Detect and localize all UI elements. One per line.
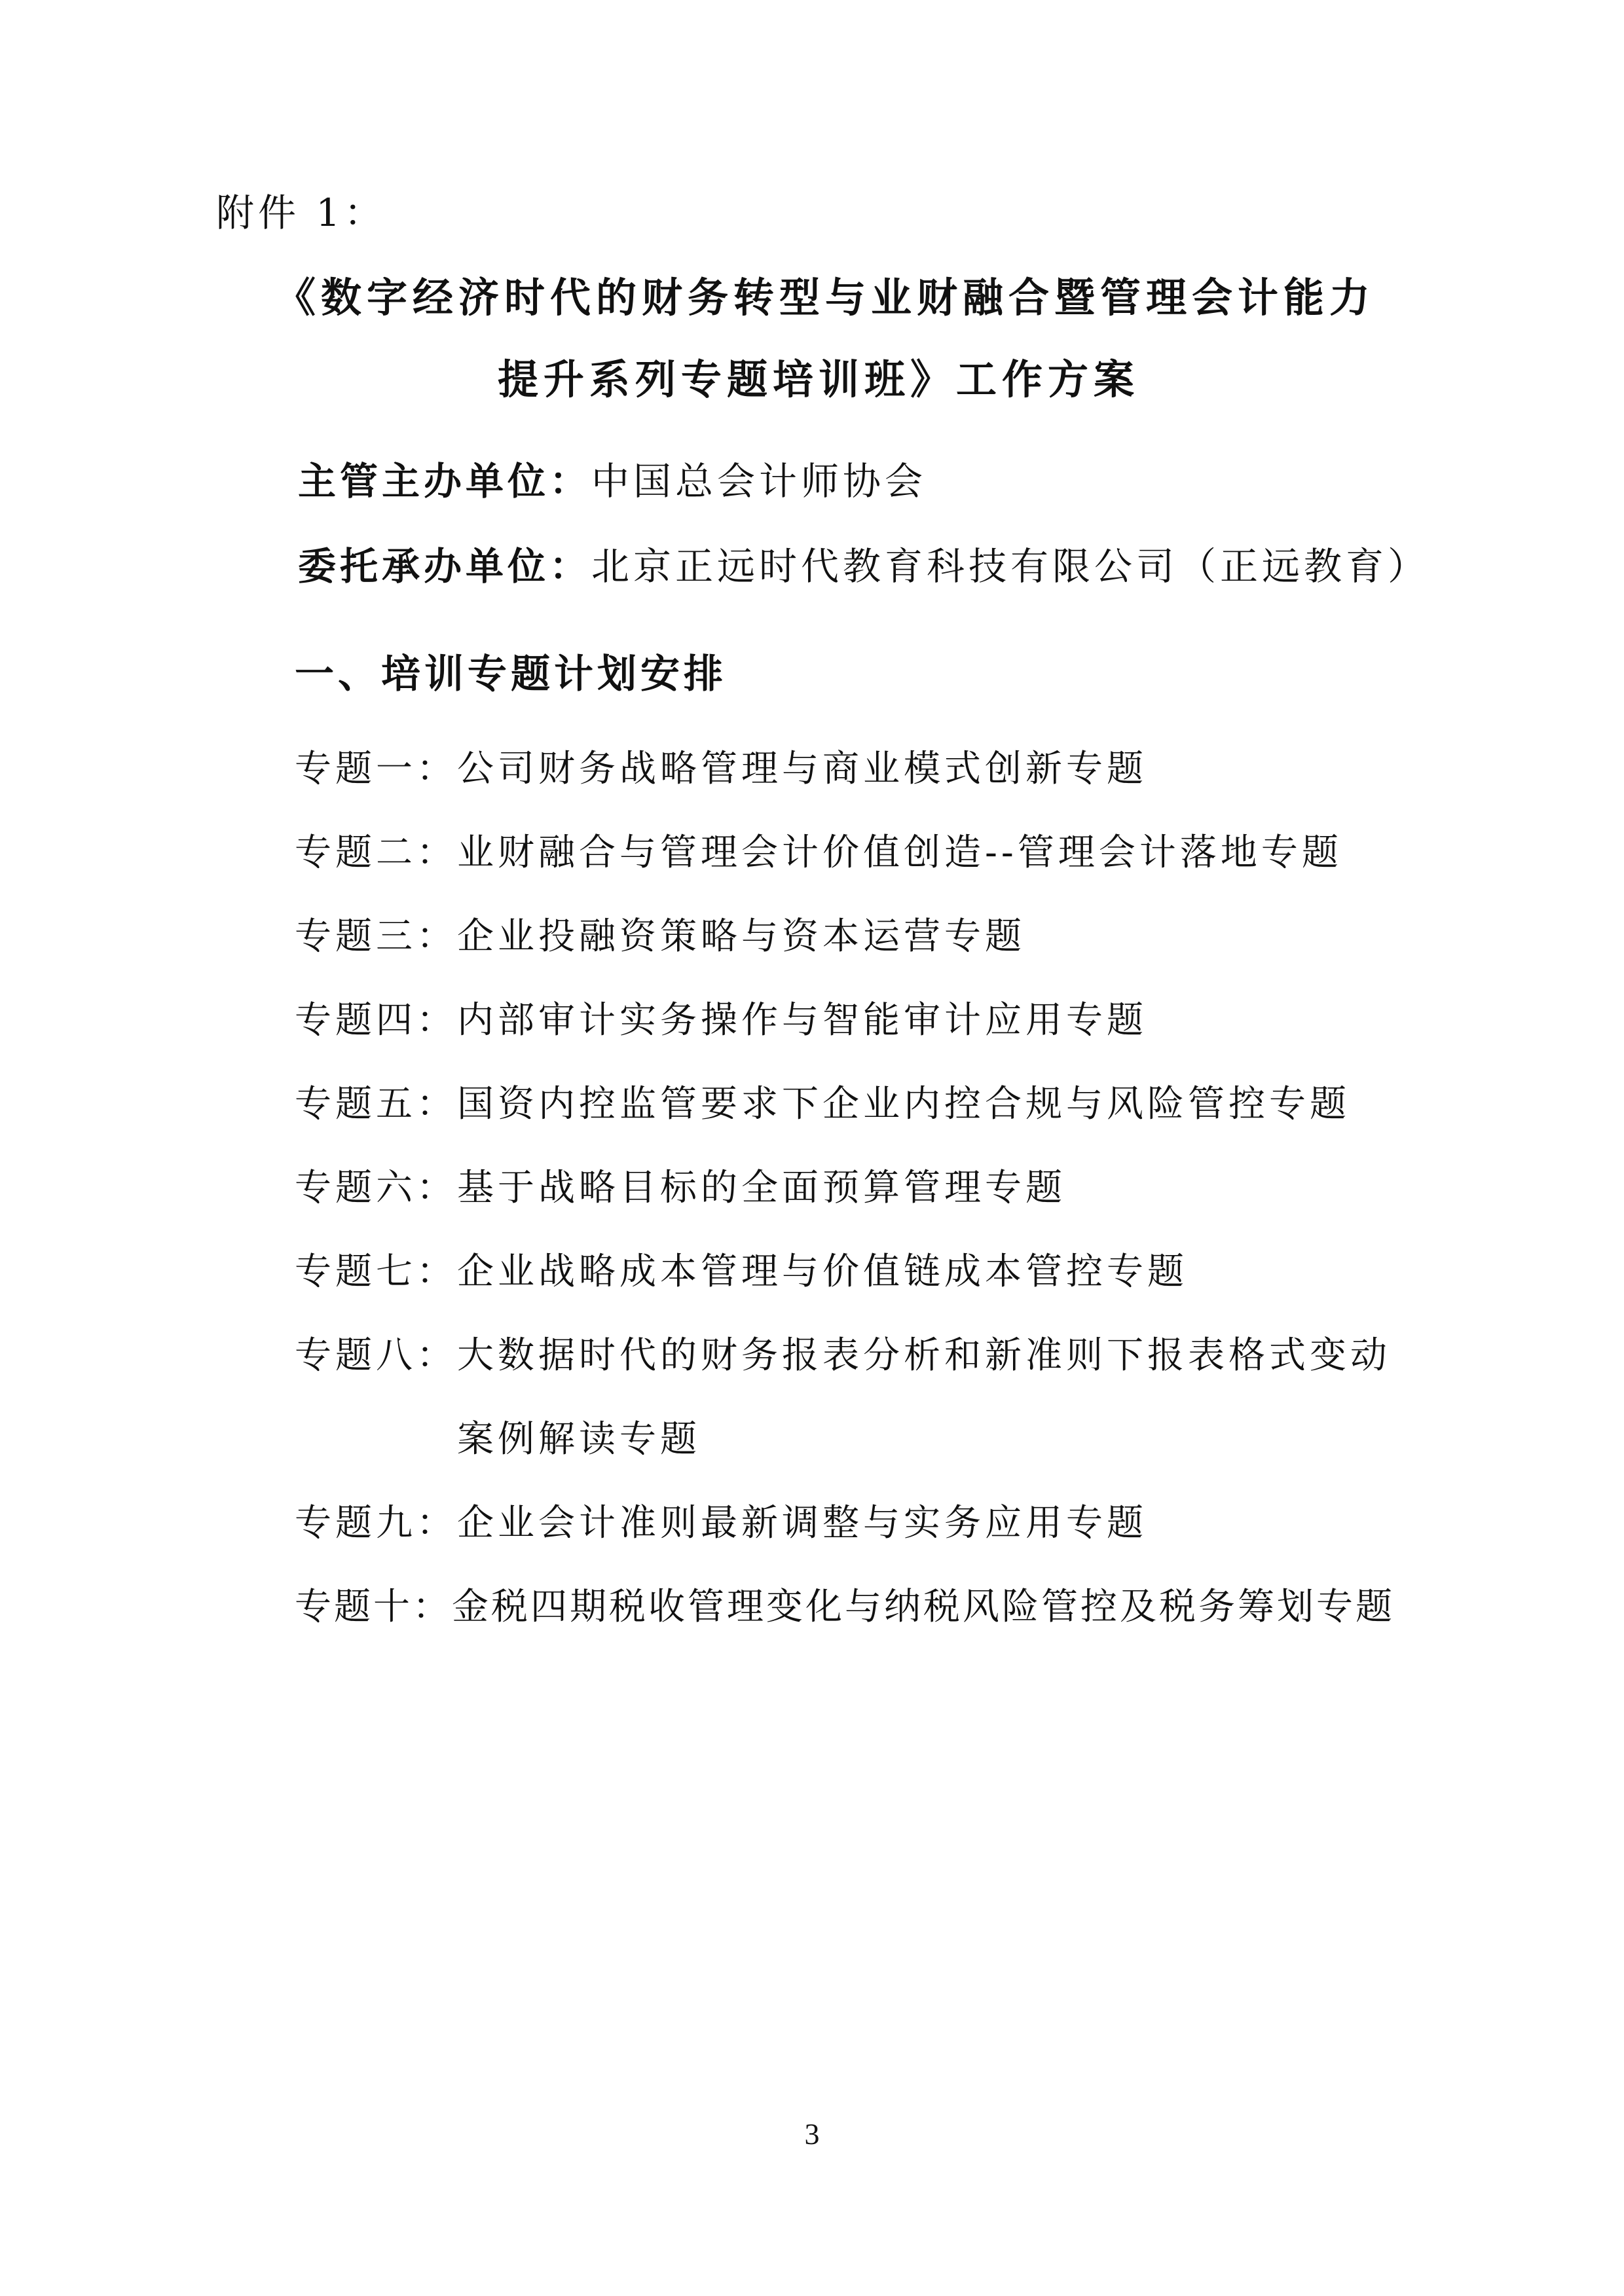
document-title-line-1: 《数字经济时代的财务转型与业财融合暨管理会计能力 bbox=[0, 275, 1624, 321]
topic-text: 国资内控监管要求下企业内控合规与风险管控专题 bbox=[457, 1082, 1350, 1127]
list-item-topic-6: 专题六：基于战略目标的全面预算管理专题 bbox=[295, 1165, 1066, 1211]
topic-text: 企业战略成本管理与价值链成本管控专题 bbox=[457, 1249, 1188, 1295]
topic-number: 专题三： bbox=[295, 914, 457, 960]
page-number: 3 bbox=[0, 2116, 1624, 2153]
list-item-topic-1: 专题一：公司财务战略管理与商业模式创新专题 bbox=[295, 746, 1147, 792]
topic-text: 内部审计实务操作与智能审计应用专题 bbox=[457, 998, 1147, 1044]
topic-number: 专题一： bbox=[295, 746, 457, 792]
topic-text: 大数据时代的财务报表分析和新准则下报表格式变动 bbox=[457, 1333, 1391, 1379]
organizer-contractor: 委托承办单位：北京正远时代教育科技有限公司（正远教育） bbox=[298, 543, 1430, 589]
topic-number: 专题二： bbox=[295, 830, 457, 876]
topic-8-continuation: 案例解读专题 bbox=[457, 1417, 701, 1463]
list-item-topic-7: 专题七：企业战略成本管理与价值链成本管控专题 bbox=[295, 1249, 1188, 1295]
list-item-topic-9: 专题九：企业会计准则最新调整与实务应用专题 bbox=[295, 1501, 1147, 1546]
topic-number: 专题六： bbox=[295, 1165, 457, 1211]
organizer-host: 主管主办单位：中国总会计师协会 bbox=[298, 458, 927, 504]
topic-number: 专题四： bbox=[295, 998, 457, 1044]
list-item-topic-2: 专题二：业财融合与管理会计价值创造--管理会计落地专题 bbox=[295, 830, 1342, 876]
organizer-contractor-label: 委托承办单位： bbox=[298, 544, 591, 589]
section-heading: 一、培训专题计划安排 bbox=[295, 651, 727, 697]
topic-number: 专题五： bbox=[295, 1082, 457, 1127]
topic-number: 专题七： bbox=[295, 1249, 457, 1295]
topic-number: 专题九： bbox=[295, 1501, 457, 1546]
document-title-line-2: 提升系列专题培训班》工作方案 bbox=[0, 357, 1624, 403]
topic-number: 专题十： bbox=[295, 1584, 452, 1630]
attachment-label: 附件 1： bbox=[216, 190, 386, 236]
list-item-topic-3: 专题三：企业投融资策略与资本运营专题 bbox=[295, 914, 1025, 960]
list-item-topic-5: 专题五：国资内控监管要求下企业内控合规与风险管控专题 bbox=[295, 1082, 1350, 1127]
topic-text: 业财融合与管理会计价值创造--管理会计落地专题 bbox=[457, 830, 1342, 876]
document-page: 附件 1： 《数字经济时代的财务转型与业财融合暨管理会计能力 提升系列专题培训班… bbox=[0, 0, 1624, 2296]
topic-text: 公司财务战略管理与商业模式创新专题 bbox=[457, 746, 1147, 792]
organizer-contractor-value: 北京正远时代教育科技有限公司（正远教育） bbox=[591, 544, 1430, 589]
topic-text: 企业会计准则最新调整与实务应用专题 bbox=[457, 1501, 1147, 1546]
organizer-host-value: 中国总会计师协会 bbox=[591, 459, 927, 503]
organizer-host-label: 主管主办单位： bbox=[298, 459, 591, 503]
list-item-topic-8: 专题八：大数据时代的财务报表分析和新准则下报表格式变动 bbox=[295, 1333, 1391, 1379]
list-item-topic-4: 专题四：内部审计实务操作与智能审计应用专题 bbox=[295, 998, 1147, 1044]
topic-number: 专题八： bbox=[295, 1333, 457, 1379]
topic-text: 企业投融资策略与资本运营专题 bbox=[457, 914, 1025, 960]
topic-text: 基于战略目标的全面预算管理专题 bbox=[457, 1165, 1066, 1211]
list-item-topic-10: 专题十：金税四期税收管理变化与纳税风险管控及税务筹划专题 bbox=[295, 1584, 1395, 1630]
topic-text: 金税四期税收管理变化与纳税风险管控及税务筹划专题 bbox=[452, 1584, 1395, 1630]
